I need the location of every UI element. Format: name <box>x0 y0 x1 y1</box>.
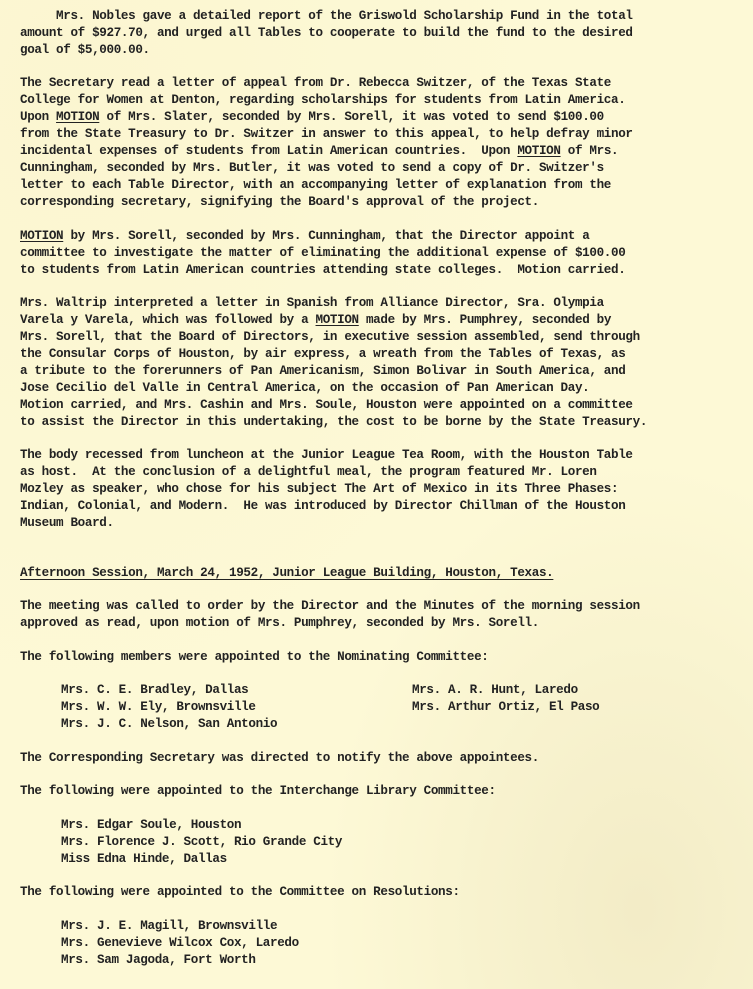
underlined-motion: MOTION <box>316 313 359 327</box>
list-item: Mrs. Florence J. Scott, Rio Grande City <box>61 834 342 851</box>
list-item: Mrs. C. E. Bradley, Dallas <box>61 682 248 699</box>
list-item: Mrs. Sam Jagoda, Fort Worth <box>61 952 256 969</box>
text-line: The meeting was called to order by the D… <box>20 598 640 615</box>
text-line: Varela y Varela, which was followed by a… <box>20 312 611 329</box>
resolutions-intro: The following were appointed to the Comm… <box>20 884 460 901</box>
text-line: as host. At the conclusion of a delightf… <box>20 464 597 481</box>
list-item: Mrs. J. E. Magill, Brownsville <box>61 918 277 935</box>
text-line: amount of $927.70, and urged all Tables … <box>20 25 633 42</box>
text-line: from the State Treasury to Dr. Switzer i… <box>20 126 633 143</box>
text-line: committee to investigate the matter of e… <box>20 245 625 262</box>
section-heading: Afternoon Session, March 24, 1952, Junio… <box>20 565 553 582</box>
text-line: to students from Latin American countrie… <box>20 262 625 279</box>
text-line: Mrs. Sorell, that the Board of Directors… <box>20 329 640 346</box>
underlined-motion: MOTION <box>517 144 560 158</box>
list-item: Mrs. Arthur Ortiz, El Paso <box>412 699 599 716</box>
library-intro: The following were appointed to the Inte… <box>20 783 496 800</box>
underlined-motion: MOTION <box>20 229 63 243</box>
text-line: Upon MOTION of Mrs. Slater, seconded by … <box>20 109 604 126</box>
text-line: The Secretary read a letter of appeal fr… <box>20 75 611 92</box>
corresponding-note: The Corresponding Secretary was directed… <box>20 750 539 767</box>
text-line: Cunningham, seconded by Mrs. Butler, it … <box>20 160 604 177</box>
text-line: goal of $5,000.00. <box>20 42 150 59</box>
text-line: Mrs. Waltrip interpreted a letter in Spa… <box>20 295 604 312</box>
text-line: Indian, Colonial, and Modern. He was int… <box>20 498 625 515</box>
text-line: corresponding secretary, signifying the … <box>20 194 539 211</box>
text-line: a tribute to the forerunners of Pan Amer… <box>20 363 625 380</box>
text-line: Jose Cecilio del Valle in Central Americ… <box>20 380 589 397</box>
text-line: The body recessed from luncheon at the J… <box>20 447 633 464</box>
nominating-intro: The following members were appointed to … <box>20 649 489 666</box>
document-page: Mrs. Nobles gave a detailed report of th… <box>0 0 753 989</box>
text-line: Mozley as speaker, who chose for his sub… <box>20 481 618 498</box>
list-item: Mrs. W. W. Ely, Brownsville <box>61 699 256 716</box>
text-line: Mrs. Nobles gave a detailed report of th… <box>20 8 633 25</box>
text-line: Motion carried, and Mrs. Cashin and Mrs.… <box>20 397 633 414</box>
list-item: Mrs. A. R. Hunt, Laredo <box>412 682 578 699</box>
list-item: Mrs. Edgar Soule, Houston <box>61 817 241 834</box>
text-line: approved as read, upon motion of Mrs. Pu… <box>20 615 539 632</box>
text-line: Museum Board. <box>20 515 114 532</box>
text-line: the Consular Corps of Houston, by air ex… <box>20 346 625 363</box>
text-line: College for Women at Denton, regarding s… <box>20 92 625 109</box>
list-item: Miss Edna Hinde, Dallas <box>61 851 227 868</box>
list-item: Mrs. Genevieve Wilcox Cox, Laredo <box>61 935 299 952</box>
underlined-motion: MOTION <box>56 110 99 124</box>
text-line: MOTION by Mrs. Sorell, seconded by Mrs. … <box>20 228 589 245</box>
text-line: letter to each Table Director, with an a… <box>20 177 611 194</box>
text-line: to assist the Director in this undertaki… <box>20 414 647 431</box>
text-line: incidental expenses of students from Lat… <box>20 143 618 160</box>
list-item: Mrs. J. C. Nelson, San Antonio <box>61 716 277 733</box>
